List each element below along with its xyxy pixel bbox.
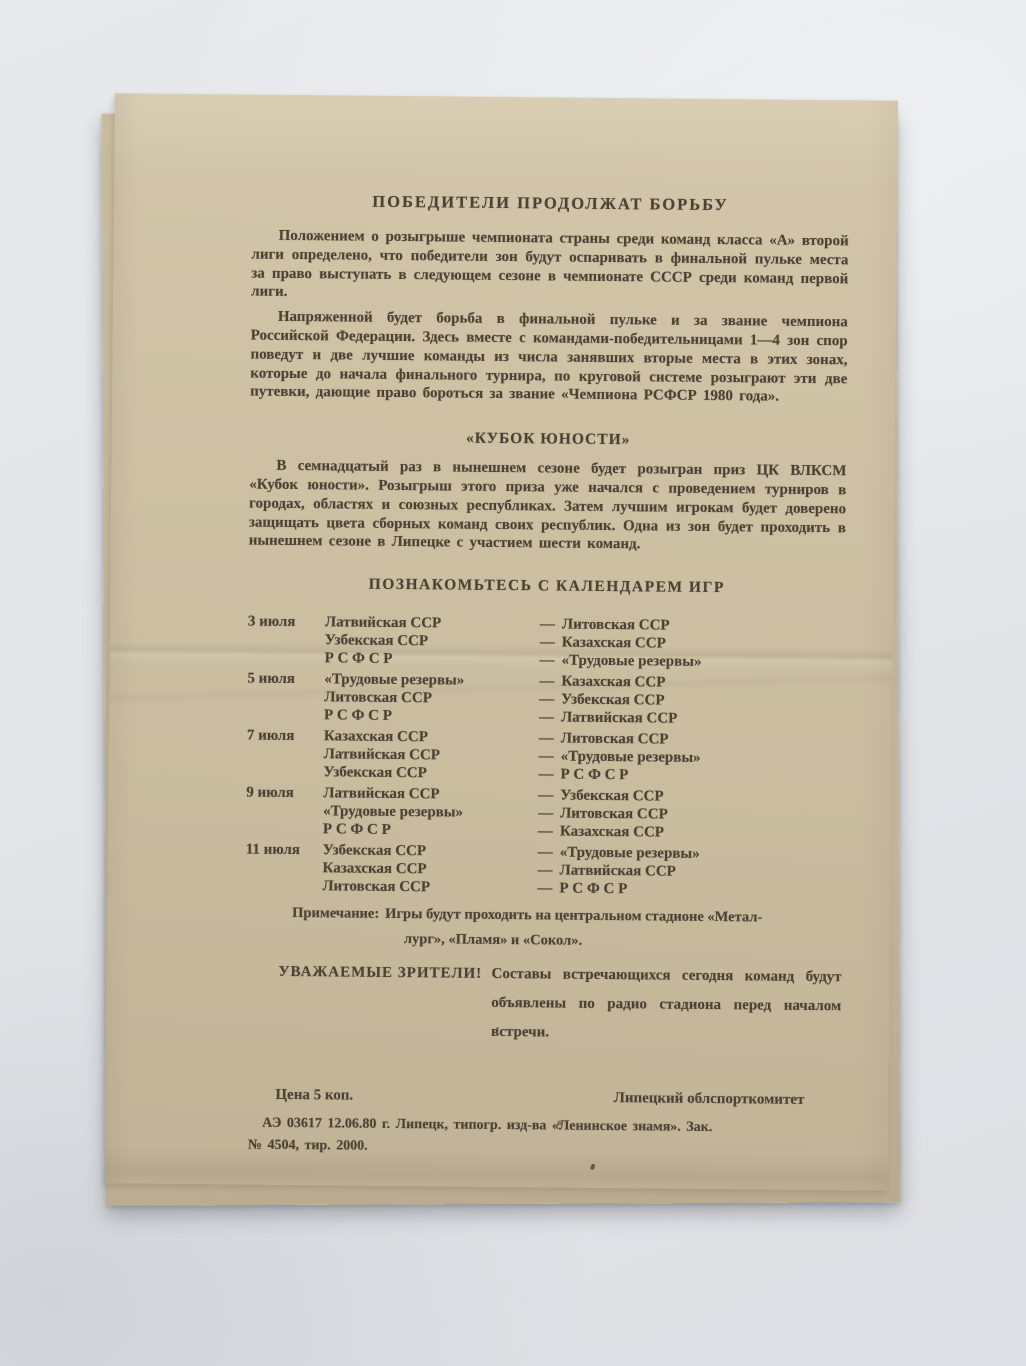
home-team: «Трудовые резервы» xyxy=(323,802,538,822)
away-team: —Латвийская ССР xyxy=(539,708,844,729)
dash: — xyxy=(539,729,561,747)
schedule-group: 7 июля Казахская ССР —Литовская ССР Латв… xyxy=(246,727,843,787)
spectators-notice: УВАЖАЕМЫЕ ЗРИТЕЛИ! Составы встречающихся… xyxy=(244,958,842,1051)
away-team: —Р С Ф С Р xyxy=(537,879,842,900)
schedule-group: 3 июля Латвийская ССР —Литовская ССР Узб… xyxy=(248,613,845,673)
home-team: Казахская ССР xyxy=(324,727,539,747)
dash: — xyxy=(538,765,560,783)
paragraph-final-tournament: Напряженной будет борьба в финальной пул… xyxy=(250,308,848,408)
photo-background: ПОБЕДИТЕЛИ ПРОДОЛЖАТ БОРЬБУ Положением о… xyxy=(0,0,1026,1366)
spectators-label: УВАЖАЕМЫЕ ЗРИТЕЛИ! xyxy=(278,958,492,1047)
dash: — xyxy=(539,747,561,765)
home-team: Узбекская ССР xyxy=(323,841,538,861)
match-date: 3 июля xyxy=(248,613,325,632)
cup-section-paragraph: В семнадцатый раз в нынешнем сезоне буде… xyxy=(249,457,847,557)
match-date: 9 июля xyxy=(246,784,323,803)
dash: — xyxy=(538,804,560,822)
note-label: Примечание: xyxy=(292,905,379,922)
match-schedule: 3 июля Латвийская ССР —Литовская ССР Узб… xyxy=(245,613,845,901)
price: Цена 5 коп. xyxy=(275,1087,353,1105)
dash: — xyxy=(540,652,562,670)
schedule-group: 5 июля «Трудовые резервы» —Казахская ССР… xyxy=(247,670,844,730)
note: Примечание:Игры будут проходить на центр… xyxy=(245,901,842,957)
home-team: Латвийская ССР xyxy=(323,784,538,804)
leaflet-page: ПОБЕДИТЕЛИ ПРОДОЛЖАТ БОРЬБУ Положением о… xyxy=(105,93,898,1190)
match-date: 7 июля xyxy=(247,727,324,746)
home-team: Казахская ССР xyxy=(323,859,538,879)
dash: — xyxy=(539,708,561,726)
dash: — xyxy=(538,822,560,840)
away-team: —«Трудовые резервы» xyxy=(540,652,845,673)
paragraph-intro: Положением о розыгрыше чемпионата страны… xyxy=(251,227,849,308)
away-team: —Казахская ССР xyxy=(538,822,843,843)
dash: — xyxy=(540,616,562,634)
home-team: Р С Ф С Р xyxy=(323,820,538,840)
dash: — xyxy=(540,634,562,652)
home-team: Литовская ССР xyxy=(324,688,539,708)
home-team: «Трудовые резервы» xyxy=(324,670,539,690)
home-team: Узбекская ССР xyxy=(325,631,540,651)
home-team: Р С Ф С Р xyxy=(325,649,540,669)
home-team: Латвийская ССР xyxy=(324,745,539,765)
committee: Липецкий облспорткомитет xyxy=(614,1090,805,1109)
footer-row: Цена 5 коп. Липецкий облспорткомитет xyxy=(243,1087,840,1110)
imprint: АЭ 03617 12.06.80 г. Липецк, типогр. изд… xyxy=(243,1113,840,1163)
cup-section-title: «КУБОК ЮНОСТИ» xyxy=(250,428,847,452)
dash: — xyxy=(537,879,559,897)
dash: — xyxy=(539,672,561,690)
away-team: —Р С Ф С Р xyxy=(538,765,843,786)
note-line-2: лург», «Пламя» и «Сокол». xyxy=(292,926,842,956)
calendar-title: ПОЗНАКОМЬТЕСЬ С КАЛЕНДАРЕМ ИГР xyxy=(248,575,845,599)
dash: — xyxy=(538,786,560,804)
page-content: ПОБЕДИТЕЛИ ПРОДОЛЖАТ БОРЬБУ Положением о… xyxy=(105,93,898,1190)
match-date: 11 июля xyxy=(246,841,323,860)
imprint-line-2: № 4504, тир. 2000. xyxy=(248,1135,840,1163)
dash: — xyxy=(538,843,560,861)
dash: — xyxy=(537,861,559,879)
dash: — xyxy=(539,690,561,708)
schedule-group: 9 июля Латвийская ССР —Узбекская ССР «Тр… xyxy=(246,784,843,844)
spectators-text: Составы встречающихся сегодня команд буд… xyxy=(491,960,842,1050)
home-team: Литовская ССР xyxy=(322,877,537,897)
home-team: Латвийская ССР xyxy=(325,613,540,633)
schedule-group: 11 июля Узбекская ССР —«Трудовые резервы… xyxy=(245,841,842,901)
home-team: Узбекская ССР xyxy=(323,763,538,783)
page-title: ПОБЕДИТЕЛИ ПРОДОЛЖАТ БОРЬБУ xyxy=(252,191,849,217)
match-date: 5 июля xyxy=(247,670,324,689)
home-team: Р С Ф С Р xyxy=(324,706,539,726)
